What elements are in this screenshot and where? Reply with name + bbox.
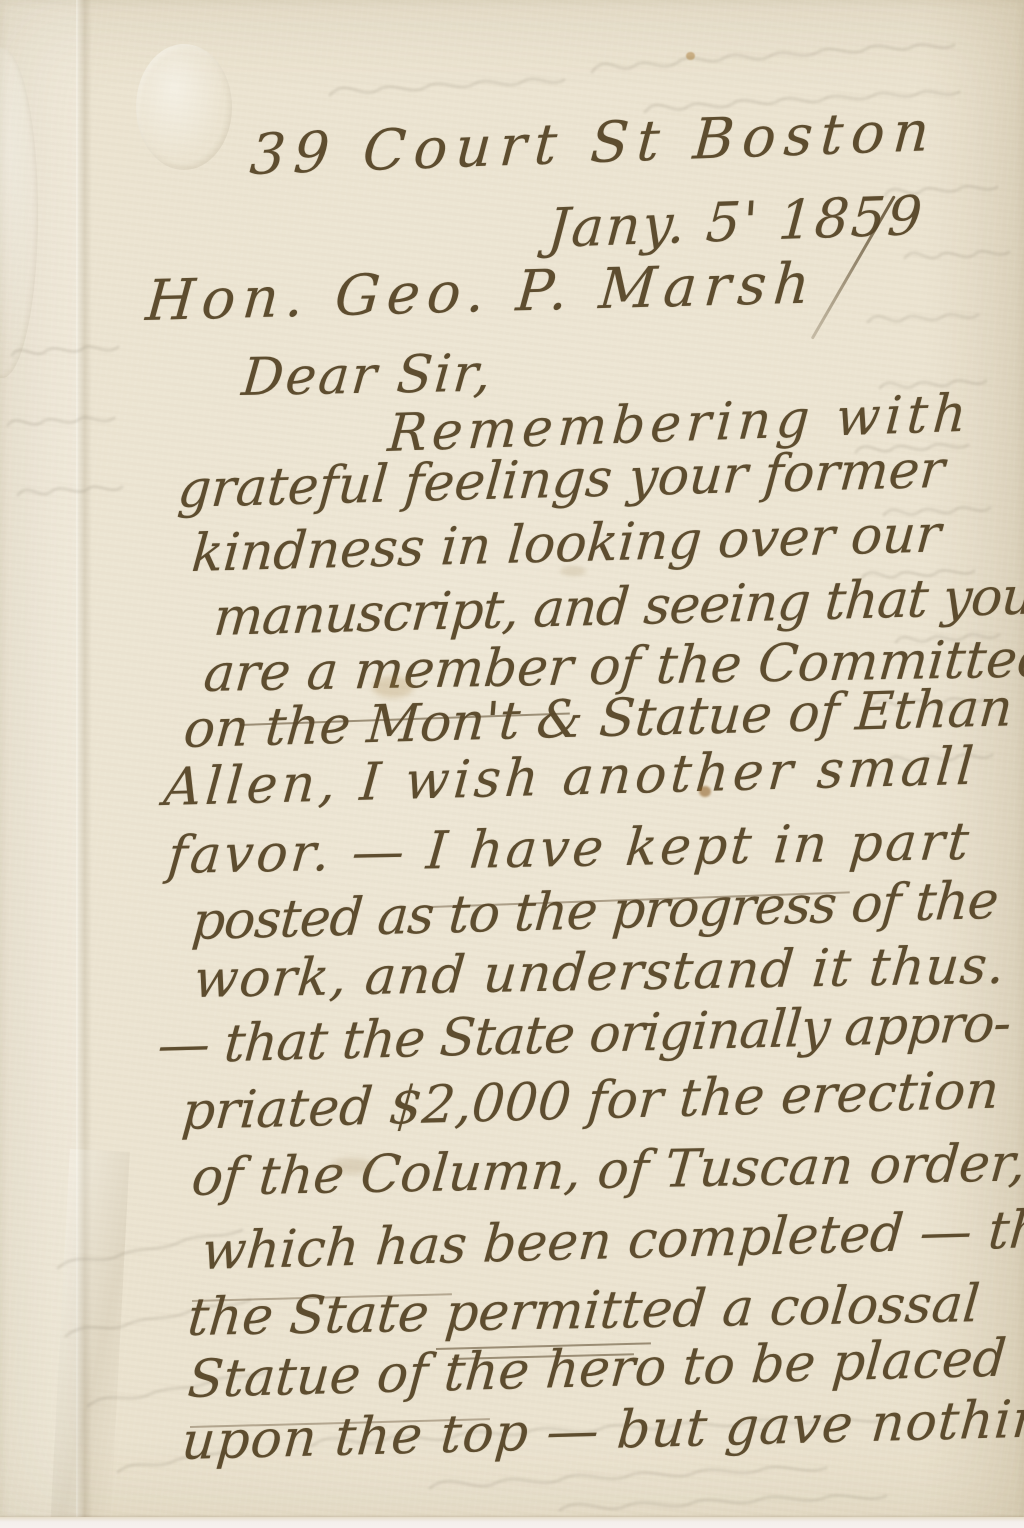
address-line: 39 Court St Boston [248, 104, 939, 184]
body-line: which has been completed — that [200, 1203, 1024, 1279]
body-line: of the Column, of Tuscan order, [190, 1137, 1024, 1204]
fox-spot-stain [686, 52, 695, 60]
recipient-line: Hon. Geo. P. Marsh [144, 256, 819, 330]
body-line: kindness in looking over our [190, 508, 943, 580]
body-line: favor. — I have kept in part [166, 816, 974, 882]
body-line: grateful feelings your former [176, 444, 947, 516]
date-line: Jany. 5' 1859 [546, 189, 926, 256]
letter-scan-page: 39 Court St Boston Jany. 5' 1859 Hon. Ge… [0, 0, 1024, 1528]
body-line: — that the State originally appro- [156, 998, 1012, 1072]
salutation-line: Dear Sir, [240, 348, 495, 404]
embossed-stationery-seal [136, 44, 232, 170]
body-line: priated $2,000 for the erection [180, 1065, 1001, 1139]
page-bottom-edge [0, 1517, 1024, 1528]
embossed-seal-left-edge [0, 48, 38, 378]
lower-fold-wrinkle [50, 1149, 130, 1528]
